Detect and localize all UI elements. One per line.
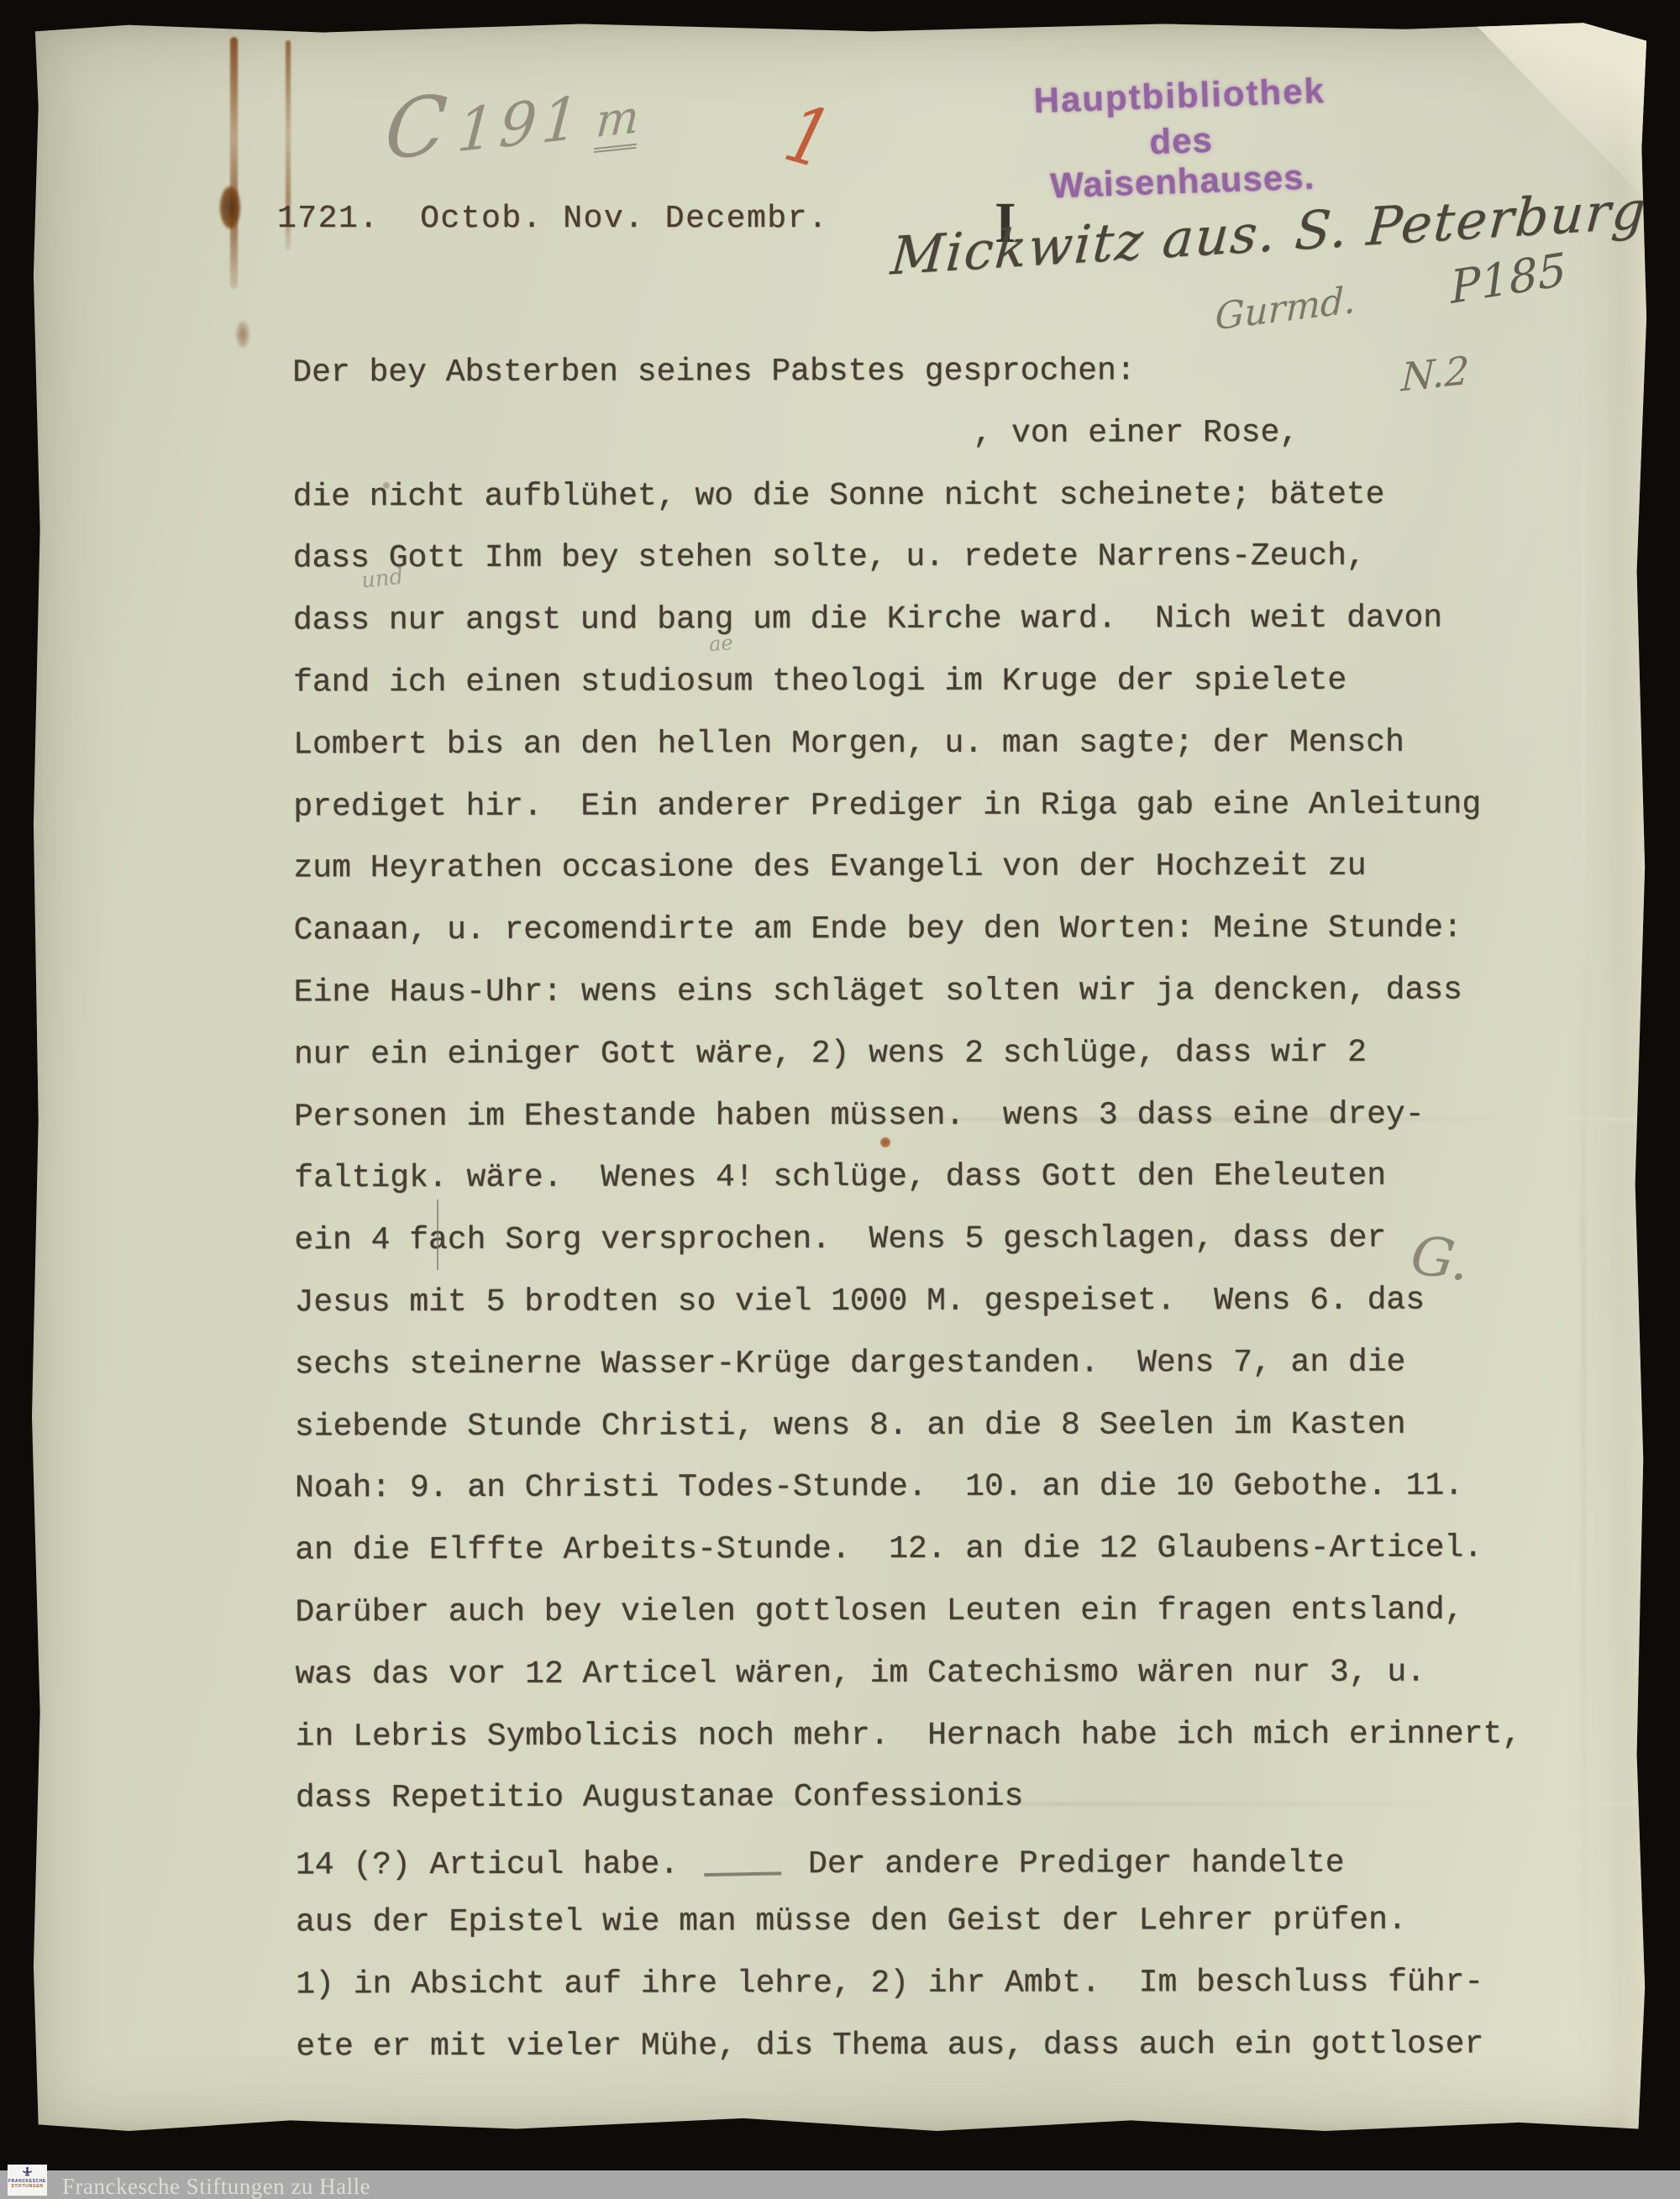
scanned-document-page: C 191 m 1 I Hauptbibliothek des Waisenha… xyxy=(0,0,1680,2199)
typed-line-segment: Der andere Prediger handelte xyxy=(808,1845,1345,1882)
typed-line-segment: 14 (?) Articul habe. xyxy=(296,1847,679,1884)
eagle-emblem-icon xyxy=(21,2166,34,2179)
typed-line-8: prediget hir. Ein anderer Prediger in Ri… xyxy=(293,789,1481,823)
typed-line-11: Eine Haus-Uhr: wens eins schläget solten… xyxy=(294,974,1462,1009)
logo-text-line2: STIFTUNGEN xyxy=(12,2184,44,2189)
typed-line-28: ete er mit vieler Mühe, dis Thema aus, d… xyxy=(296,2028,1483,2063)
pencil-insertion: und xyxy=(360,564,405,593)
typed-line-27: 1) in Absicht auf ihre lehre, 2) ihr Amb… xyxy=(296,1966,1483,2001)
typed-line-26: aus der Epistel wie man müsse den Geist … xyxy=(296,1905,1407,1939)
typed-line-10: Canaan, u. recomendirte am Ende bey den … xyxy=(294,913,1462,947)
pencil-stroke xyxy=(437,1199,438,1270)
typed-line-16: Jesus mit 5 brodten so viel 1000 M. gesp… xyxy=(295,1285,1425,1320)
typed-line-3: die nicht aufblühet, wo die Sonne nicht … xyxy=(293,479,1385,513)
typed-line-19: Noah: 9. an Christi Todes-Stunde. 10. an… xyxy=(295,1471,1463,1505)
typed-line-25: 14 (?) Articul habe.Der andere Prediger … xyxy=(296,1843,1345,1882)
typed-line-18: siebende Stunde Christi, wens 8. an die … xyxy=(295,1409,1406,1443)
typed-line-24: dass Repetitio Augustanae Confessionis xyxy=(296,1782,1024,1815)
typed-line-17: sechs steinerne Wasser-Krüge dargestande… xyxy=(295,1346,1406,1381)
typed-line-5: dass nur angst und bang um die Kirche wa… xyxy=(293,603,1442,638)
institution-logo: FRANCKESCHE STIFTUNGEN xyxy=(8,2165,47,2196)
typed-line-4: dass Gott Ihm bey stehen solte, u. redet… xyxy=(293,541,1366,575)
typed-line-20: an die Elffte Arbeits-Stunde. 12. an die… xyxy=(295,1533,1483,1567)
institution-name: Franckesche Stiftungen zu Halle xyxy=(62,2174,370,2199)
typed-line-22: was das vor 12 Articel wären, im Catechi… xyxy=(295,1656,1425,1691)
typed-line-21: Darüber auch bey vielen gottlosen Leuten… xyxy=(295,1594,1463,1629)
typed-line-2: , von einer Rose, xyxy=(973,417,1299,450)
manuscript-paper-sheet: C 191 m 1 I Hauptbibliothek des Waisenha… xyxy=(32,22,1648,2135)
typed-line-13: Personen im Ehestande haben müssen. wens… xyxy=(294,1099,1424,1133)
typed-line-9: zum Heyrathen occasione des Evangeli von… xyxy=(293,851,1366,885)
pencil-underline xyxy=(704,1847,782,1877)
typed-line-6: fand ich einen studiosum theologi im Kru… xyxy=(293,665,1347,700)
typed-line-7: Lombert bis an den hellen Morgen, u. man… xyxy=(293,727,1404,761)
typed-line-1: Der bey Absterben seines Pabstes gesproc… xyxy=(292,355,1135,389)
typed-line-14: faltigk. wäre. Wenes 4! schlüge, dass Go… xyxy=(294,1161,1386,1195)
typed-line-15: ein 4 fach Sorg versprochen. Wens 5 gesc… xyxy=(294,1223,1386,1257)
pencil-insertion: ae xyxy=(708,631,733,656)
pencil-margin-mark: G. xyxy=(1407,1225,1473,1294)
typed-text-block: Der bey Absterben seines Pabstes gesproc… xyxy=(29,20,1650,2137)
typed-line-23: in Lebris Symbolicis noch mehr. Hernach … xyxy=(296,1719,1522,1753)
typed-line-12: nur ein einiger Gott wäre, 2) wens 2 sch… xyxy=(294,1037,1367,1071)
